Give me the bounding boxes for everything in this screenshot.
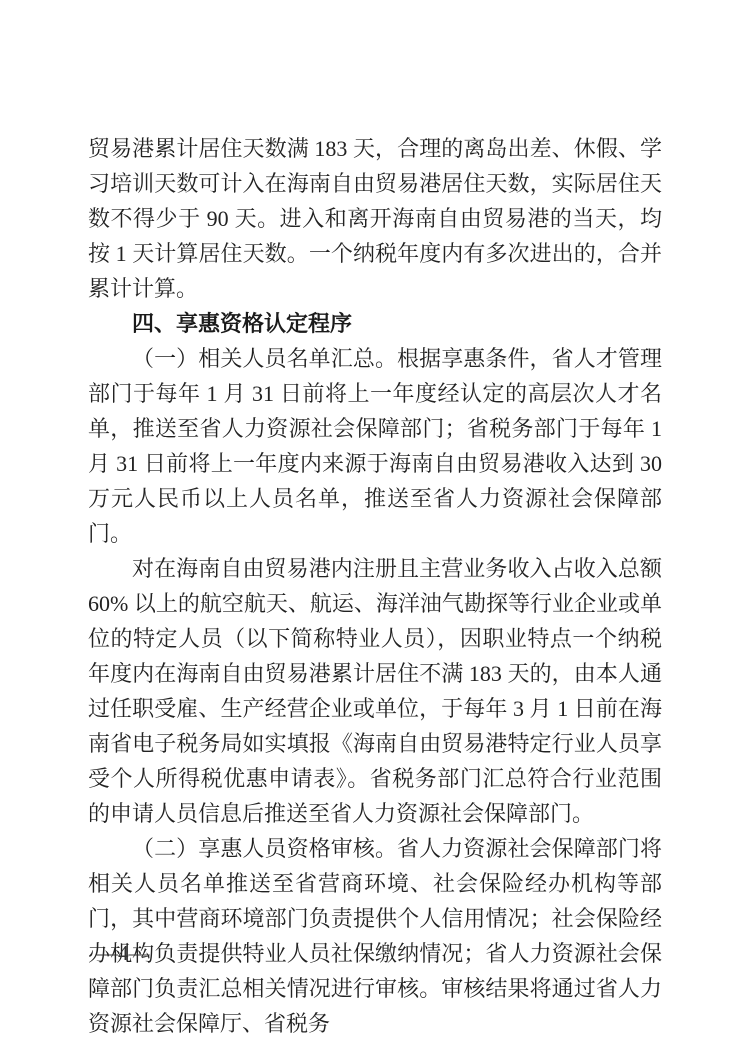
document-body: 贸易港累计居住天数满 183 天，合理的离岛出差、休假、学习培训天数可计入在海南… bbox=[88, 131, 662, 1041]
page-number: —4— bbox=[97, 939, 150, 967]
paragraph-lead-item-two: （二）享惠人员资格审核。 bbox=[132, 836, 397, 861]
document-page: 贸易港累计居住天数满 183 天，合理的离岛出差、休假、学习培训天数可计入在海南… bbox=[0, 0, 750, 1060]
paragraph-qualification-review: （二）享惠人员资格审核。省人力资源社会保障部门将相关人员名单推送至省营商环境、社… bbox=[88, 831, 662, 1041]
paragraph-residency-days-continuation: 贸易港累计居住天数满 183 天，合理的离岛出差、休假、学习培训天数可计入在海南… bbox=[88, 131, 662, 306]
paragraph-special-industry-personnel: 对在海南自由贸易港内注册且主营业务收入占收入总额 60% 以上的航空航天、航运、… bbox=[88, 551, 662, 831]
paragraph-personnel-list-compilation: （一）相关人员名单汇总。根据享惠条件，省人才管理部门于每年 1 月 31 日前将… bbox=[88, 341, 662, 551]
paragraph-lead-item-one: （一）相关人员名单汇总。 bbox=[132, 346, 397, 371]
paragraph-text-item-one: 根据享惠条件，省人才管理部门于每年 1 月 31 日前将上一年度经认定的高层次人… bbox=[88, 346, 662, 546]
section-heading-qualification-procedure: 四、享惠资格认定程序 bbox=[88, 306, 662, 341]
paragraph-text-item-two: 省人力资源社会保障部门将相关人员名单推送至省营商环境、社会保险经办机构等部门，其… bbox=[88, 836, 662, 1036]
